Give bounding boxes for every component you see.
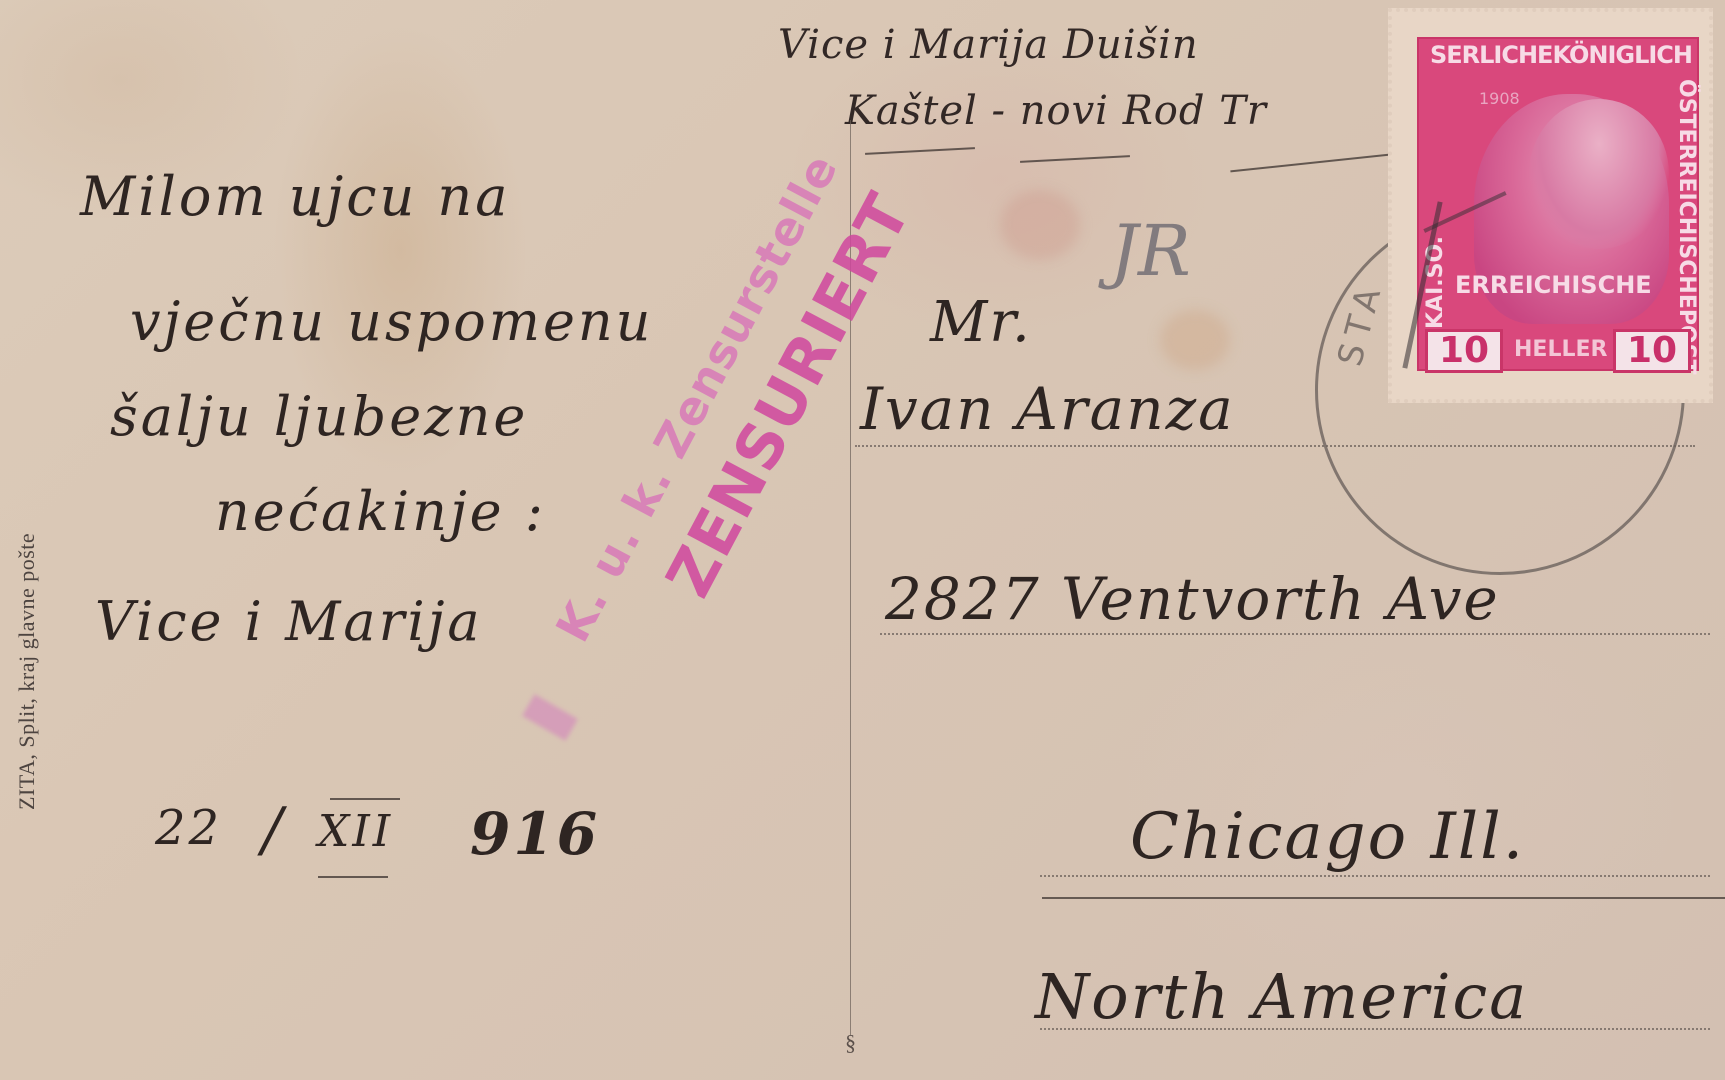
message-line-3: šalju ljubezne (110, 385, 528, 448)
sender-name-note: Vice i Marija Duišin (778, 22, 1199, 68)
address-name: Ivan Aranza (860, 375, 1235, 443)
underline (1020, 155, 1130, 163)
address-line-1-guide (855, 445, 1695, 447)
censor-stamp: K. u. k. Zensurstelle ZENSURIERT (510, 191, 960, 728)
stamp-top-text: SERLICHEKÖNIGLICH (1429, 41, 1693, 69)
message-line-2: vječnu uspomenu (130, 290, 653, 353)
section-mark: § (845, 1030, 856, 1056)
address-city: Chicago Ill. (1130, 800, 1525, 874)
underline (865, 147, 975, 155)
stain (1000, 190, 1080, 260)
pencil-initials: JR (1110, 210, 1191, 292)
publisher-imprint: ZITA, Split, kraj glavne pošte (14, 533, 40, 810)
stamp-bottom-text: ERREICHISCHE (1455, 271, 1652, 299)
message-line-4: nećakinje : (215, 480, 546, 543)
date-separator: / (262, 795, 285, 865)
address-country: North America (1035, 960, 1528, 1033)
underline (1230, 154, 1389, 173)
stamp-year: 1908 (1479, 89, 1520, 108)
address-line-2-guide (880, 633, 1710, 635)
date-month: XII (318, 806, 393, 857)
date-month-overline (330, 798, 400, 800)
censor-ink-smudge (522, 694, 578, 741)
address-salutation: Mr. (930, 290, 1032, 355)
date-year: 916 (470, 800, 600, 868)
date-day: 22 (155, 800, 222, 856)
stain (1160, 310, 1230, 370)
message-signature: Vice i Marija (95, 590, 483, 653)
sender-place-note: Kaštel - novi Rod Tr (845, 88, 1267, 134)
date-month-underline (318, 876, 388, 878)
address-line-3-guide (1040, 875, 1710, 877)
address-city-rule (1042, 897, 1725, 899)
portrait-head (1529, 99, 1669, 249)
postcard-back: ZITA, Split, kraj glavne pošte Vice i Ma… (0, 0, 1725, 1080)
stamp-frame: 1908 SERLICHEKÖNIGLICH KAI.SO. ÖSTERREIC… (1417, 37, 1699, 371)
stamp-value-left: 10 (1425, 329, 1503, 373)
message-line-1: Milom ujcu na (80, 165, 510, 228)
address-street: 2827 Ventvorth Ave (885, 565, 1500, 633)
stamp-denomination: HELLER (1514, 337, 1607, 362)
stamp-value-right: 10 (1613, 329, 1691, 373)
